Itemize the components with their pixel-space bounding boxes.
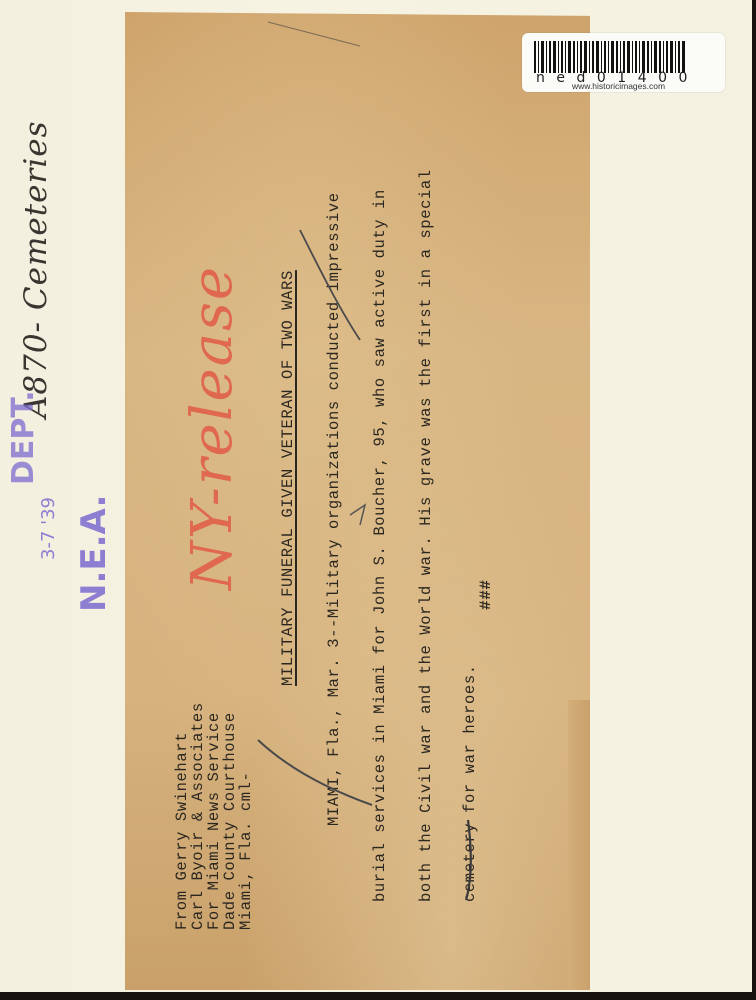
pencil-stroke-1 xyxy=(258,740,372,805)
pencil-stroke-2 xyxy=(300,230,360,340)
pencil-underline-cemetery xyxy=(466,820,471,900)
pencil-marks xyxy=(0,0,756,1000)
scan-border-right xyxy=(752,0,756,1000)
pencil-check xyxy=(350,505,365,525)
scan-border-bottom xyxy=(0,992,756,1000)
pencil-stray-line xyxy=(268,22,360,46)
